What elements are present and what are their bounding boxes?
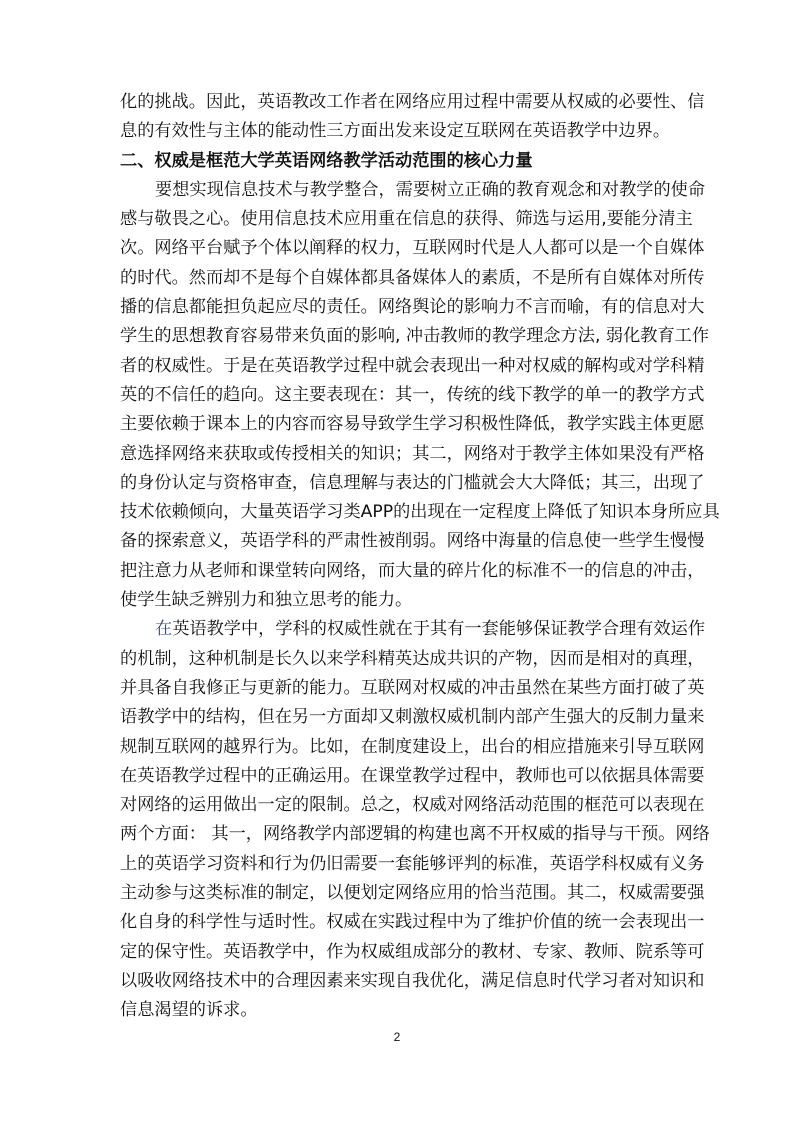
paragraph-2-line: 在英语教学过程中的正确运用。在课堂教学过程中，教师也可以依据具体需要 [120, 762, 674, 791]
text-cursor-char[interactable]: 在 [155, 619, 172, 639]
paragraph-2-line: 主动参与这类标准的制定，以便划定网络应用的恰当范围。其二，权威需要强 [120, 879, 674, 908]
paragraph-1-line: 备的探索意义，英语学科的严肃性被削弱。网络中海量的信息使一些学生慢慢 [120, 527, 674, 556]
paragraph-1-line: 者的权威性。于是在英语教学过程中就会表现出一种对权威的解构或对学科精 [120, 352, 674, 381]
intro-line-2: 息的有效性与主体的能动性三方面出发来设定互联网在英语教学中边界。 [120, 117, 674, 146]
paragraph-2-line: 语教学中的结构，但在另一方面却又刺激权威机制内部产生强大的反制力量来 [120, 703, 674, 732]
document-page: 化的挑战。因此，英语教改工作者在网络应用过程中需要从权威的必要性、信 息的有效性… [120, 88, 674, 1026]
paragraph-2: 在英语教学中，学科的权威性就在于其有一套能够保证教学合理有效运作 的机制，这种机… [120, 615, 674, 1025]
paragraph-1-line: 的身份认定与资格审查，信息理解与表达的门槛就会大大降低；其三，出现了 [120, 469, 674, 498]
paragraph-2-line: 规制互联网的越界行为。比如，在制度建设上，出台的相应措施来引导互联网 [120, 733, 674, 762]
paragraph-1-line: 技术依赖倾向，大量英语学习类APP的出现在一定程度上降低了知识本身所应具 [120, 498, 674, 527]
paragraph-2-line: 的机制，这种机制是长久以来学科精英达成共识的产物，因而是相对的真理， [120, 645, 674, 674]
paragraph-1-line: 学生的思想教育容易带来负面的影响, 冲击教师的教学理念方法, 弱化教育工作 [120, 322, 674, 351]
paragraph-1-line: 要想实现信息技术与教学整合，需要树立正确的教育观念和对教学的使命 [120, 176, 674, 205]
paragraph-1-line: 把注意力从老师和课堂转向网络，而大量的碎片化的标准不一的信息的冲击， [120, 557, 674, 586]
paragraph-2-line: 上的英语学习资料和行为仍旧需要一套能够评判的标准，英语学科权威有义务 [120, 850, 674, 879]
paragraph-1-line: 意选择网络来获取或传授相关的知识；其二，网络对于教学主体如果没有严格 [120, 440, 674, 469]
paragraph-2-line: 对网络的运用做出一定的限制。总之，权威对网络活动范围的框范可以表现在 [120, 791, 674, 820]
paragraph-2-line: 信息渴望的诉求。 [120, 996, 674, 1025]
paragraph-1-line: 英的不信任的趋向。这主要表现在：其一，传统的线下教学的单一的教学方式 [120, 381, 674, 410]
paragraph-1-line: 感与敬畏之心。使用信息技术应用重在信息的获得、筛选与运用,要能分清主 [120, 205, 674, 234]
paragraph-1-line: 次。网络平台赋予个体以阐释的权力，互联网时代是人人都可以是一个自媒体 [120, 234, 674, 263]
paragraph-2-line: 化自身的科学性与适时性。权威在实践过程中为了维护价值的统一会表现出一 [120, 908, 674, 937]
paragraph-1-line: 的时代。然而却不是每个自媒体都具备媒体人的素质，不是所有自媒体对所传 [120, 264, 674, 293]
paragraph-2-line: 以吸收网络技术中的合理因素来实现自我优化，满足信息时代学习者对知识和 [120, 967, 674, 996]
paragraph-2-first-line: 在英语教学中，学科的权威性就在于其有一套能够保证教学合理有效运作 [120, 615, 674, 644]
paragraph-1-line: 播的信息都能担负起应尽的责任。网络舆论的影响力不言而喻，有的信息对大 [120, 293, 674, 322]
paragraph-2-line: 并具备自我修正与更新的能力。互联网对权威的冲击虽然在某些方面打破了英 [120, 674, 674, 703]
paragraph-1-line: 主要依赖于课本上的内容而容易导致学生学习积极性降低，教学实践主体更愿 [120, 410, 674, 439]
paragraph-2-first-line-text: 英语教学中，学科的权威性就在于其有一套能够保证教学合理有效运作 [172, 619, 705, 639]
page-number: 2 [0, 1030, 794, 1044]
paragraph-2-line: 两个方面： 其一，网络教学内部逻辑的构建也离不开权威的指导与干预。网络 [120, 820, 674, 849]
paragraph-2-line: 定的保守性。英语教学中，作为权威组成部分的教材、专家、教师、院系等可 [120, 938, 674, 967]
section-heading: 二、权威是框范大学英语网络教学活动范围的核心力量 [120, 147, 674, 176]
intro-line-1: 化的挑战。因此，英语教改工作者在网络应用过程中需要从权威的必要性、信 [120, 88, 674, 117]
paragraph-1: 要想实现信息技术与教学整合，需要树立正确的教育观念和对教学的使命 感与敬畏之心。… [120, 176, 674, 615]
paragraph-1-line: 使学生缺乏辨别力和独立思考的能力。 [120, 586, 674, 615]
